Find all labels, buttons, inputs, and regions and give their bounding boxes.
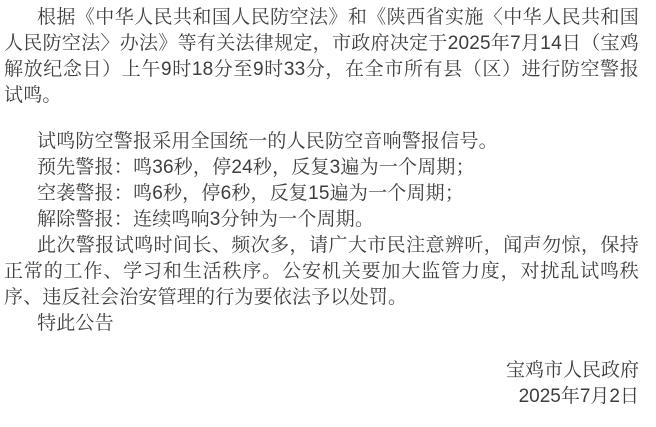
announcement-document: 根据《中华人民共和国人民防空法》和《陕西省实施〈中华人民共和国人民防空法〉办法》…: [0, 0, 656, 427]
signature-issuer: 宝鸡市人民政府: [4, 358, 639, 384]
paragraph-all-clear-alarm: 解除警报：连续鸣响3分钟为一个周期。: [4, 207, 639, 233]
paragraph-air-raid-alarm: 空袭警报：鸣6秒，停6秒，反复15遍为一个周期；: [4, 181, 639, 207]
signature-date: 2025年7月2日: [4, 384, 639, 410]
paragraph-public-advisory: 此次警报试鸣时间长、频次多，请广大市民注意辨听，闻声勿惊，保持正常的工作、学习和…: [4, 233, 639, 311]
signature-block: 宝鸡市人民政府 2025年7月2日: [4, 358, 639, 410]
paragraph-signal-intro: 试鸣防空警报采用全国统一的人民防空音响警报信号。: [4, 129, 639, 155]
paragraph-legal-basis: 根据《中华人民共和国人民防空法》和《陕西省实施〈中华人民共和国人民防空法〉办法》…: [4, 5, 639, 109]
paragraph-closing: 特此公告: [4, 311, 639, 337]
paragraph-pre-alarm: 预先警报：鸣36秒，停24秒，反复3遍为一个周期；: [4, 155, 639, 181]
